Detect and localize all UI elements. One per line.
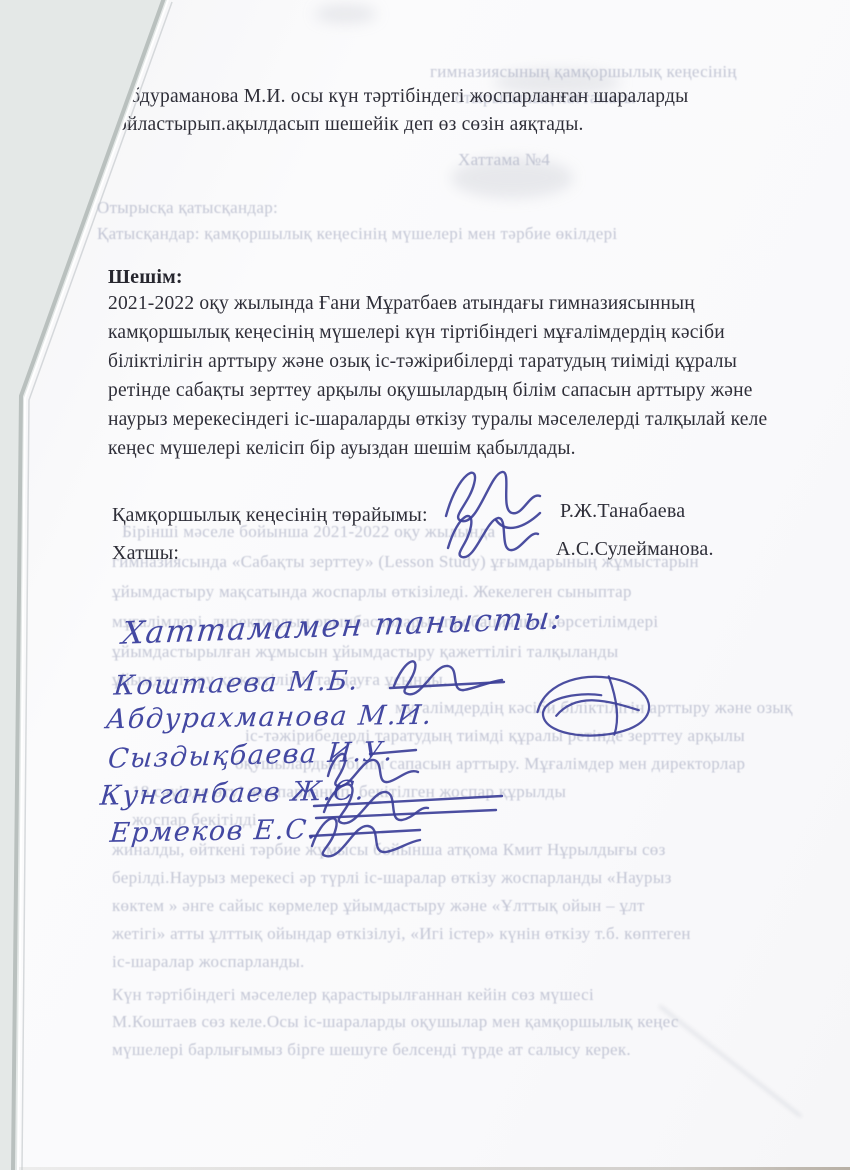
bleedthrough-text-line: көктем » әнге сайыс көрмелер ұйымдастыру… [112,896,645,916]
member-signature-ink [388,652,508,702]
decision-line: наурыз мерекесіндегі іс-шараларды өткізу… [108,409,767,431]
bleedthrough-text-line: берілді.Наурыз мерекесі әр түрлі іс-шара… [112,868,672,888]
decision-line: камқоршылық кеңесінің мүшелері күн тірті… [108,322,725,344]
secretary-role-label: Хатшы: [112,542,179,565]
paper-crease [659,1005,802,1117]
bleedthrough-text-line: мүшелері барлығымыз бірге шешуге белсенд… [112,1040,631,1060]
scan-smudge [451,158,573,198]
member-signature-ink [302,804,432,864]
bleedthrough-text-line: іс-шаралар жоспарланды. [112,952,305,972]
decision-line: кеңес мүшелері келісіп бір ауыздан шешім… [108,438,576,460]
handwritten-name: Ермеков Е.С. [109,814,319,849]
member-signature-ink [515,668,665,743]
decision-heading: Шешім: [108,266,183,289]
intro-paragraph-line: Абдураманова М.И. осы күн тәртібіндегі ж… [117,86,688,108]
scanned-protocol-screenshot: { "colors": { "scanner_background": "#e4… [0,0,850,1170]
handwritten-name: Абдурахманова М.И. [105,700,434,736]
bleedthrough-text-line: жетігі» атты ұлттық ойындар өткізілуі, «… [112,924,691,944]
chairwoman-name: Р.Ж.Танабаева [560,500,685,523]
secretary-name: А.С.Сулейманова. [556,538,714,561]
chairwoman-role-label: Қамқоршылық кеңесінің төрайымы: [112,504,428,527]
handwritten-name: Коштаева М.Б. [113,665,361,701]
bleedthrough-text-line: ұйымдастыру мақсатында жоспарлы өткізіле… [112,582,632,602]
bleedthrough-text-line: Қатысқандар: қамқоршылық кеңесінің мүшел… [97,224,617,244]
document-page: гимназиясының қамқоршылық кеңесінің отыр… [0,0,850,1170]
decision-line: ретінде сабақты зерттеу арқылы оқушылард… [108,380,753,402]
decision-line: 2021-2022 оқу жылында Ғани Мұратбаев аты… [108,293,695,315]
bleedthrough-text-line: М.Коштаев сөз келе.Осы іс-шараларды оқуш… [112,1012,679,1032]
intro-paragraph-line: ойластырып.ақылдасып шешейік деп өз сөзі… [117,114,584,136]
decision-line: біліктілігін арттыру және озық іс-тәжіри… [108,351,737,373]
scan-smudge [315,5,377,23]
bleedthrough-text-line: Күн тәртібіндегі мәселелер қарастырылған… [112,985,594,1005]
bleedthrough-text-line: Отырысқа қатысқандар: [97,198,278,218]
secretary-signature-ink [440,502,545,564]
